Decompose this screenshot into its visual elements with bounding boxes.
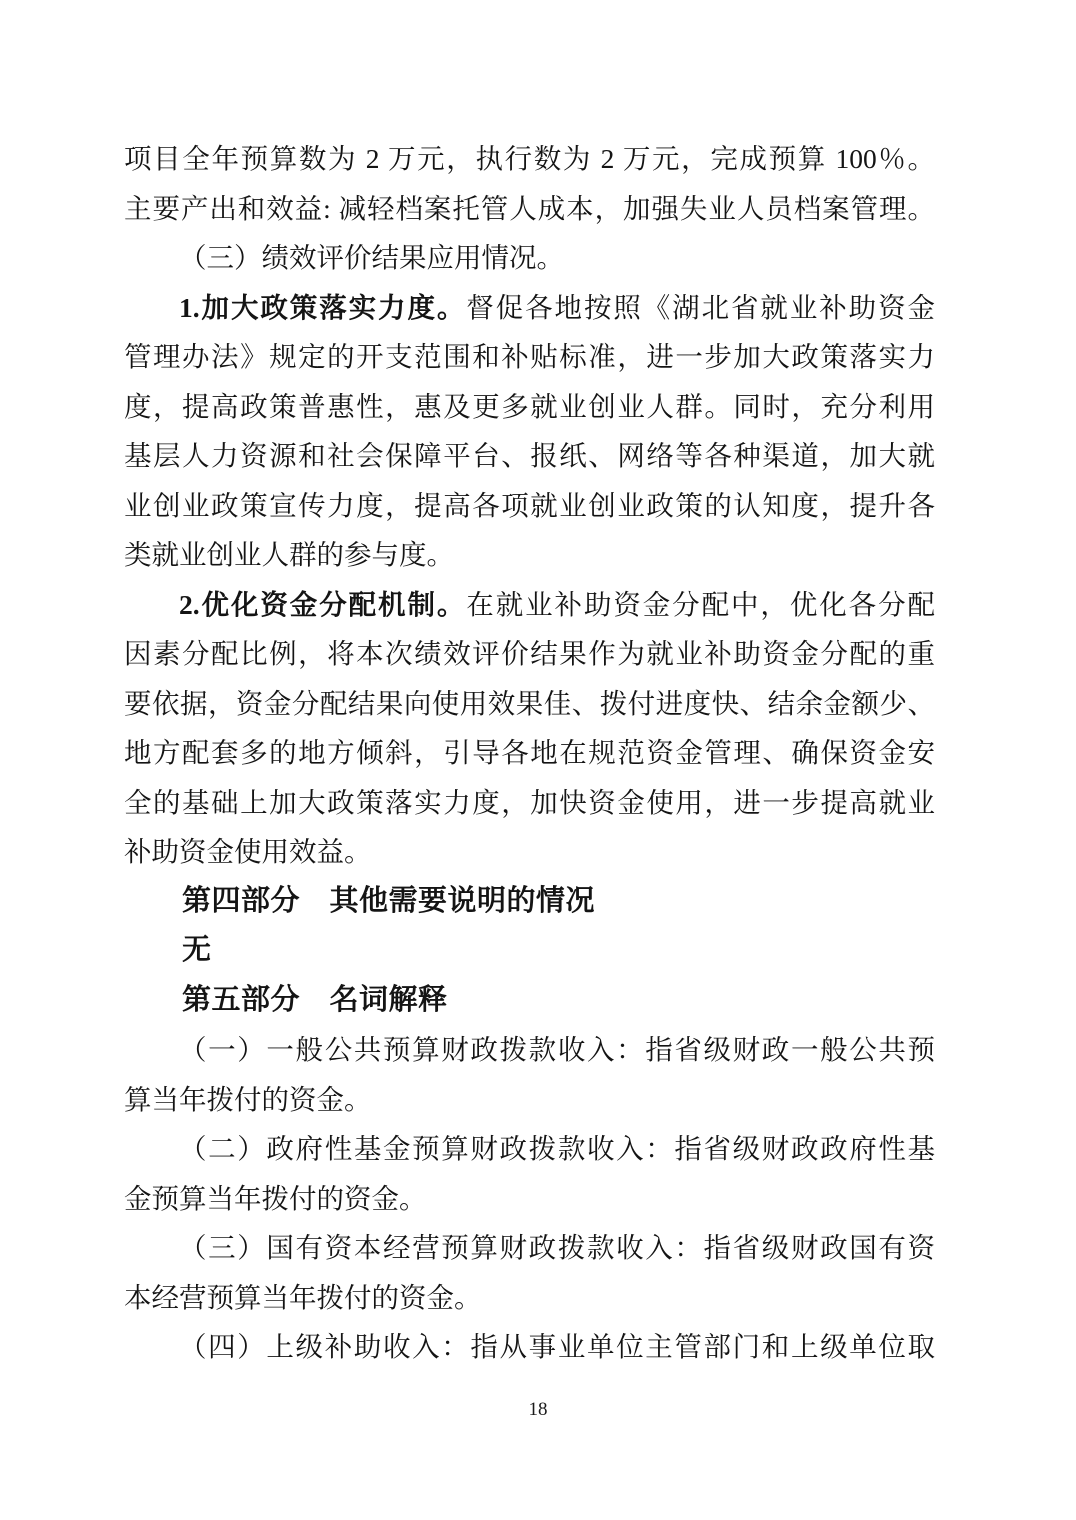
text-line: （三）绩效评价结果应用情况。 xyxy=(124,233,935,283)
document-body: 项目全年预算数为 2 万元，执行数为 2 万元，完成预算 100％。主要产出和效… xyxy=(124,134,935,1372)
text-line: 2.优化资金分配机制。在就业补助资金分配中，优化各分配 xyxy=(124,580,935,630)
body-text: 地方配套多的地方倾斜，引导各地在规范资金管理、确保资金安 xyxy=(124,737,935,768)
text-line: 度，提高政策普惠性，惠及更多就业创业人群。同时，充分利用 xyxy=(124,382,935,432)
document-page: 项目全年预算数为 2 万元，执行数为 2 万元，完成预算 100％。主要产出和效… xyxy=(0,0,1076,1520)
text-line: 要依据，资金分配结果向使用效果佳、拨付进度快、结余金额少、 xyxy=(124,679,935,729)
text-line: 1.加大政策落实力度。督促各地按照《湖北省就业补助资金 xyxy=(124,283,935,333)
text-line: 算当年拨付的资金。 xyxy=(124,1075,935,1125)
text-line: 补助资金使用效益。 xyxy=(124,827,935,877)
section-heading: 无 xyxy=(124,926,935,976)
body-text: 度，提高政策普惠性，惠及更多就业创业人群。同时，充分利用 xyxy=(124,391,935,422)
emphasized-text: 2.优化资金分配机制。 xyxy=(179,589,466,620)
body-text: 督促各地按照《湖北省就业补助资金 xyxy=(466,292,935,323)
body-text: 补助资金使用效益。 xyxy=(124,836,372,867)
emphasized-text: 第五部分 名词解释 xyxy=(182,984,448,1016)
text-line: 本经营预算当年拨付的资金。 xyxy=(124,1273,935,1323)
body-text: （四）上级补助收入：指从事业单位主管部门和上级单位取 xyxy=(179,1331,935,1362)
body-text: 项目全年预算数为 2 万元，执行数为 2 万元，完成预算 100％。 xyxy=(124,143,935,174)
text-line: （三）国有资本经营预算财政拨款收入：指省级财政国有资 xyxy=(124,1223,935,1273)
body-text: （三）绩效评价结果应用情况。 xyxy=(179,242,564,273)
text-line: 业创业政策宣传力度，提高各项就业创业政策的认知度，提升各 xyxy=(124,481,935,531)
text-line: 管理办法》规定的开支范围和补贴标准，进一步加大政策落实力 xyxy=(124,332,935,382)
body-text: 类就业创业人群的参与度。 xyxy=(124,539,454,570)
section-heading: 第五部分 名词解释 xyxy=(124,976,935,1026)
body-text: 算当年拨付的资金。 xyxy=(124,1084,372,1115)
body-text: 要依据，资金分配结果向使用效果佳、拨付进度快、结余金额少、 xyxy=(124,688,935,719)
body-text: 基层人力资源和社会保障平台、报纸、网络等各种渠道，加大就 xyxy=(124,440,935,471)
emphasized-text: 第四部分 其他需要说明的情况 xyxy=(182,885,595,917)
text-line: （二）政府性基金预算财政拨款收入：指省级财政政府性基 xyxy=(124,1124,935,1174)
text-line: 因素分配比例，将本次绩效评价结果作为就业补助资金分配的重 xyxy=(124,629,935,679)
text-line: 主要产出和效益: 减轻档案托管人成本，加强失业人员档案管理。 xyxy=(124,184,935,234)
body-text: 金预算当年拨付的资金。 xyxy=(124,1183,427,1214)
body-text: 因素分配比例，将本次绩效评价结果作为就业补助资金分配的重 xyxy=(124,638,935,669)
body-text: 本经营预算当年拨付的资金。 xyxy=(124,1282,482,1313)
emphasized-text: 无 xyxy=(182,934,212,966)
text-line: 金预算当年拨付的资金。 xyxy=(124,1174,935,1224)
text-line: （四）上级补助收入：指从事业单位主管部门和上级单位取 xyxy=(124,1322,935,1372)
body-text: 业创业政策宣传力度，提高各项就业创业政策的认知度，提升各 xyxy=(124,490,935,521)
text-line: 基层人力资源和社会保障平台、报纸、网络等各种渠道，加大就 xyxy=(124,431,935,481)
text-line: （一）一般公共预算财政拨款收入：指省级财政一般公共预 xyxy=(124,1025,935,1075)
text-line: 项目全年预算数为 2 万元，执行数为 2 万元，完成预算 100％。 xyxy=(124,134,935,184)
body-text: 主要产出和效益: 减轻档案托管人成本，加强失业人员档案管理。 xyxy=(124,193,935,224)
emphasized-text: 1.加大政策落实力度。 xyxy=(179,292,466,323)
section-heading: 第四部分 其他需要说明的情况 xyxy=(124,877,935,927)
body-text: 在就业补助资金分配中，优化各分配 xyxy=(466,589,935,620)
text-line: 全的基础上加大政策落实力度，加快资金使用，进一步提高就业 xyxy=(124,778,935,828)
body-text: 全的基础上加大政策落实力度，加快资金使用，进一步提高就业 xyxy=(124,787,935,818)
page-number: 18 xyxy=(0,1399,1076,1421)
body-text: （一）一般公共预算财政拨款收入：指省级财政一般公共预 xyxy=(179,1034,935,1065)
body-text: 管理办法》规定的开支范围和补贴标准，进一步加大政策落实力 xyxy=(124,341,935,372)
body-text: （二）政府性基金预算财政拨款收入：指省级财政政府性基 xyxy=(179,1133,935,1164)
text-line: 地方配套多的地方倾斜，引导各地在规范资金管理、确保资金安 xyxy=(124,728,935,778)
body-text: （三）国有资本经营预算财政拨款收入：指省级财政国有资 xyxy=(179,1232,935,1263)
text-line: 类就业创业人群的参与度。 xyxy=(124,530,935,580)
